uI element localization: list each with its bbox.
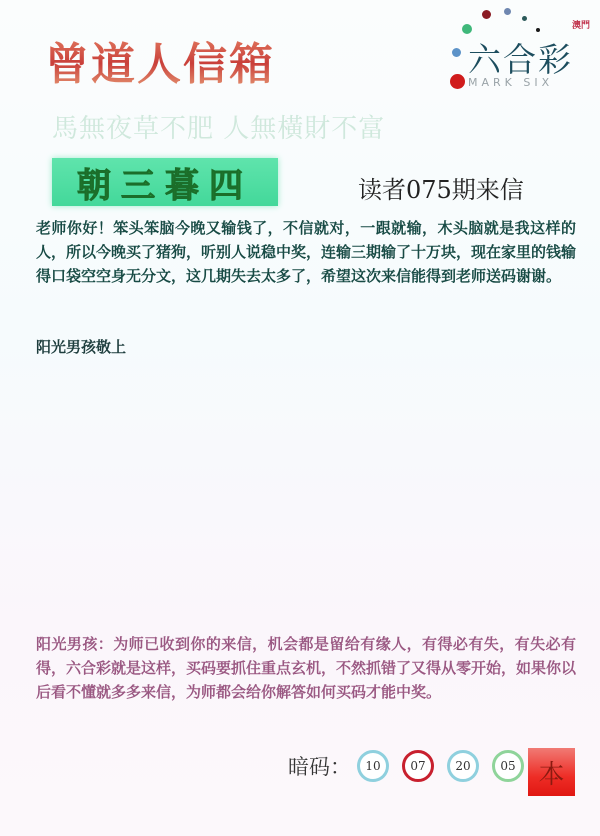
logo-dot-icon <box>522 16 527 21</box>
secret-code-row: 暗码： 10 07 20 05 <box>288 750 537 782</box>
issue-label: 读者075期来信 <box>358 170 524 205</box>
number-ball: 10 <box>357 750 389 782</box>
logo-dot-icon <box>450 74 465 89</box>
logo-dot-icon <box>482 10 491 19</box>
secret-code-label: 暗码： <box>288 751 351 781</box>
mark-six-logo: 澳門 六合彩 MARK SIX <box>440 4 600 96</box>
logo-sub-text: MARK SIX <box>468 76 553 89</box>
number-ball: 20 <box>447 750 479 782</box>
number-ball: 05 <box>492 750 524 782</box>
red-stamp-icon: 本 <box>528 748 575 796</box>
page-subtitle: 馬無夜草不肥 人無橫財不富 <box>52 108 385 145</box>
logo-badge: 澳門 <box>572 18 590 31</box>
master-reply: 阳光男孩：为师已收到你的来信，机会都是留给有缘人，有得必有失，有失必有得，六合彩… <box>36 632 576 704</box>
logo-dot-icon <box>462 24 472 34</box>
topic-tag: 朝三暮四 <box>52 158 278 206</box>
page-title: 曾道人信箱 <box>45 28 275 92</box>
logo-main-text: 六合彩 <box>468 34 573 81</box>
letter-signature: 阳光男孩敬上 <box>36 336 126 357</box>
logo-dot-icon <box>504 8 511 15</box>
reader-letter: 老师你好！笨头笨脑今晚又输钱了，不信就对，一跟就输，木头脑就是我这样的人，所以今… <box>36 216 576 288</box>
logo-dot-icon <box>452 48 461 57</box>
number-ball: 07 <box>402 750 434 782</box>
logo-dot-icon <box>536 28 540 32</box>
